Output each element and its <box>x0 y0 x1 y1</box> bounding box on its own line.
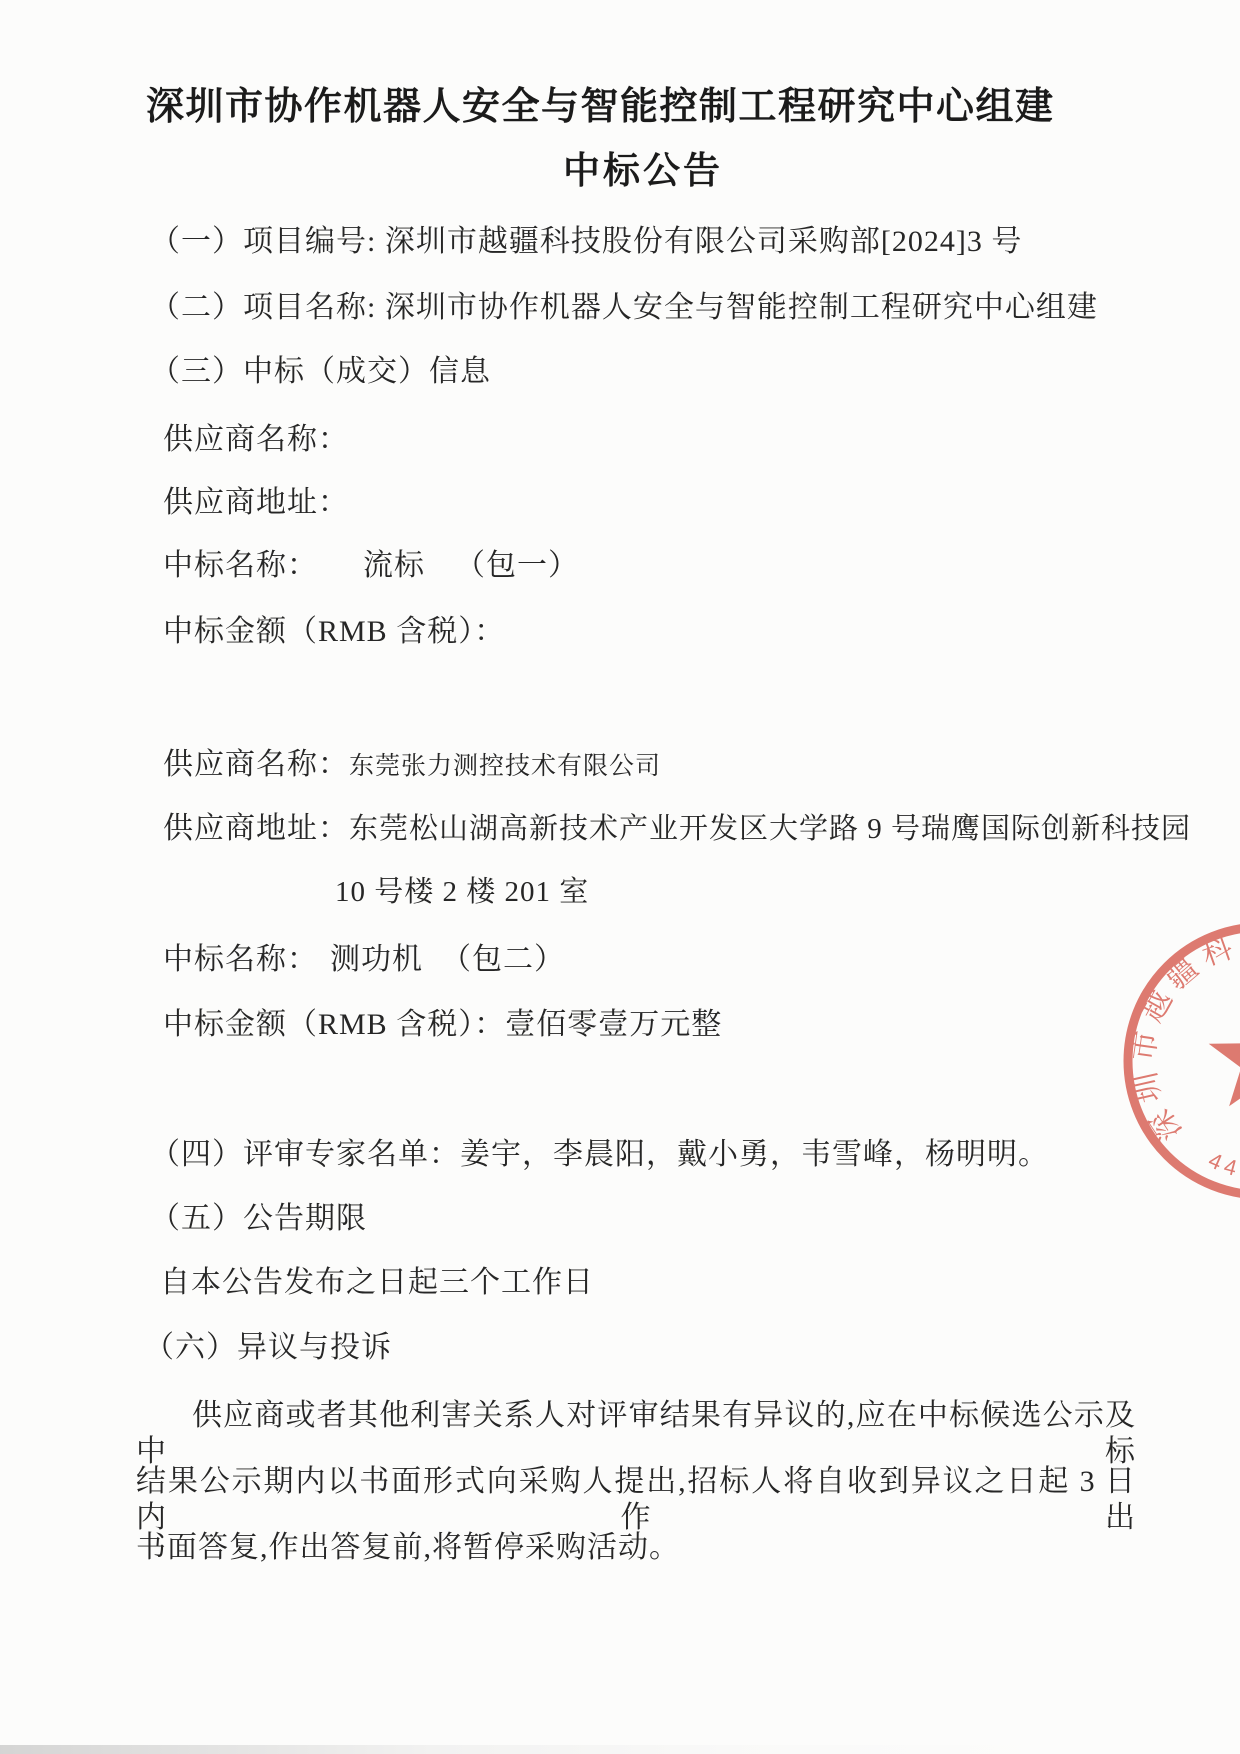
objection-paragraph-line1: 供应商或者其他利害关系人对评审结果有异议的,应在中标候选公示及中标 <box>136 1398 1136 1470</box>
project-number-line: （一）项目编号: 深圳市越疆科技股份有限公司采购部[2024]3 号 <box>150 225 1022 260</box>
period-content: 自本公告发布之日起三个工作日 <box>160 1266 594 1301</box>
package1-supplier-name-label: 供应商名称： <box>163 423 349 458</box>
seal-star-icon <box>1209 1005 1240 1106</box>
document-title-line1: 深圳市协作机器人安全与智能控制工程研究中心组建 <box>146 86 1055 130</box>
seal-code-holder: 4403 <box>1205 1147 1240 1184</box>
package2-supplier-address-label: 供应商地址： <box>163 812 349 845</box>
package2-supplier-address-line: 供应商地址：东莞松山湖高新技术产业开发区大学路 9 号瑞鹰国际创新科技园 <box>163 812 1191 847</box>
package1-package-tag: （包一） <box>455 549 579 582</box>
package2-supplier-address-value: 东莞松山湖高新技术产业开发区大学路 9 号瑞鹰国际创新科技园 <box>349 813 1191 845</box>
award-info-heading: （三）中标（成交）信息 <box>150 355 491 390</box>
package2-award-amount-value: 壹佰零壹万元整 <box>505 1008 722 1041</box>
document-title-line2: 中标公告 <box>563 150 723 193</box>
package1-award-amount-label: 中标金额（RMB 含税）： <box>163 615 505 650</box>
experts-heading-label: （四）评审专家名单： <box>150 1138 460 1171</box>
package2-award-name-value: 测功机 <box>330 943 423 976</box>
package2-supplier-name-value: 东莞张力测控技术有限公司 <box>349 753 661 780</box>
package1-award-name-label: 中标名称： <box>163 549 318 582</box>
package1-award-name-value: 流标 <box>363 549 425 582</box>
seal-company-text-holder: 深圳市越疆科技股份有限公司 <box>1127 927 1240 1149</box>
seal-code: 4403 <box>1205 1147 1240 1184</box>
project-name-line: （二）项目名称: 深圳市协作机器人安全与智能控制工程研究中心组建 <box>150 291 1098 326</box>
seal-ring <box>1128 927 1240 1195</box>
package2-supplier-address-line2: 10 号楼 2 楼 201 室 <box>335 876 589 909</box>
objection-paragraph-line2: 结果公示期内以书面形式向采购人提出,招标人将自收到异议之日起 3 日内作出 <box>136 1464 1136 1536</box>
package2-award-name-line: 中标名称：测功机（包二） <box>163 943 565 978</box>
package1-supplier-address-label: 供应商地址： <box>163 486 349 521</box>
package2-supplier-name-line: 供应商名称：东莞张力测控技术有限公司 <box>163 748 661 783</box>
experts-names: 姜宇，李晨阳，戴小勇，韦雪峰，杨明明。 <box>460 1138 1049 1171</box>
seal-company-text: 深圳市越疆科技股份有限公司 <box>1127 927 1240 1149</box>
experts-line: （四）评审专家名单：姜宇，李晨阳，戴小勇，韦雪峰，杨明明。 <box>150 1138 1049 1173</box>
period-heading: （五）公告期限 <box>150 1202 367 1237</box>
scan-artifact <box>0 1745 1240 1754</box>
package2-award-amount-line: 中标金额（RMB 含税）：壹佰零壹万元整 <box>163 1008 722 1043</box>
package2-award-name-label: 中标名称： <box>163 943 318 976</box>
package2-package-tag: （包二） <box>441 943 565 976</box>
document-page: 深圳市协作机器人安全与智能控制工程研究中心组建 中标公告 （一）项目编号: 深圳… <box>0 0 1240 1754</box>
package1-award-name-line: 中标名称：流标（包一） <box>163 549 579 584</box>
package2-award-amount-label: 中标金额（RMB 含税）： <box>163 1008 505 1041</box>
objection-paragraph-line3: 书面答复,作出答复前,将暂停采购活动。 <box>136 1530 1136 1566</box>
objection-heading: （六）异议与投诉 <box>144 1331 392 1366</box>
package2-supplier-name-label: 供应商名称： <box>163 748 349 781</box>
